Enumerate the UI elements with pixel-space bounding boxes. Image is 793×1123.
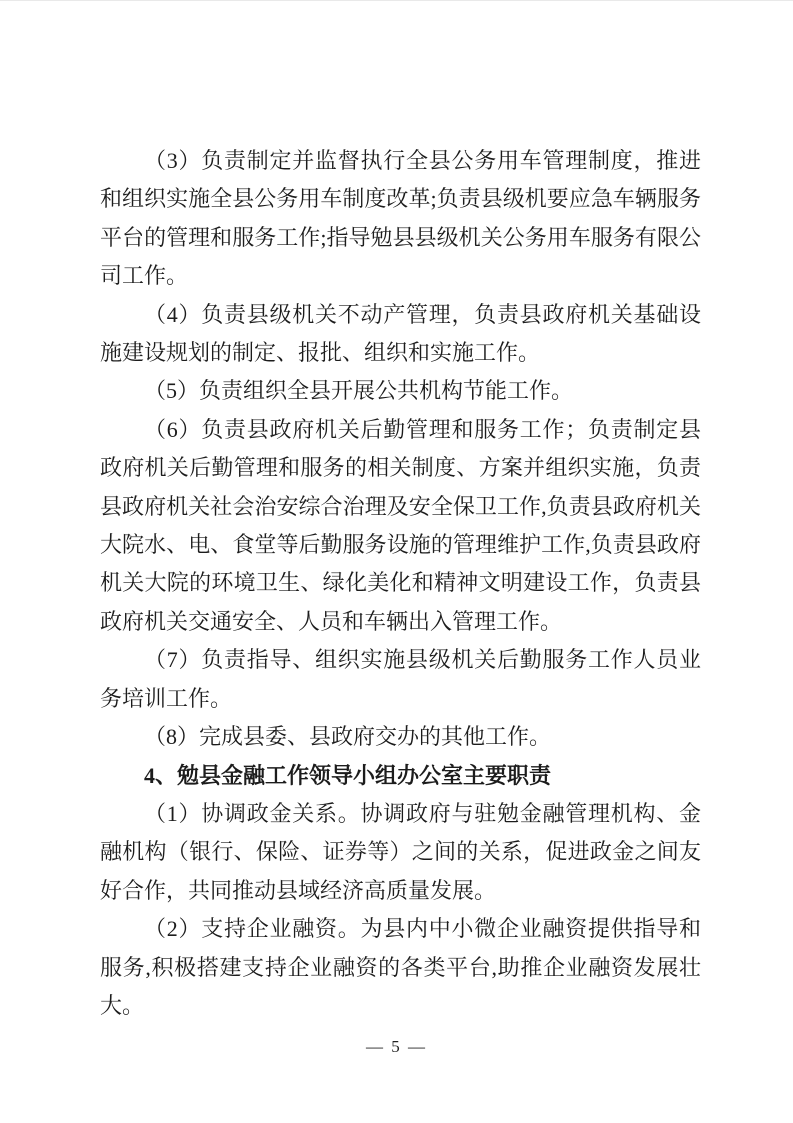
paragraph-finance-1: （1）协调政金关系。协调政府与驻勉金融管理机构、金融机构（银行、保险、证券等）之… [100,795,701,910]
paragraph-duty-7: （7）负责指导、组织实施县级机关后勤服务工作人员业务培训工作。 [100,641,701,718]
paragraph-duty-8: （8）完成县委、县政府交办的其他工作。 [100,718,701,756]
paragraph-finance-2: （2）支持企业融资。为县内中小微企业融资提供指导和服务,积极搭建支持企业融资的各… [100,910,701,1025]
document-body: （3）负责制定并监督执行全县公务用车管理制度，推进和组织实施全县公务用车制度改革… [100,142,701,1025]
paragraph-duty-6: （6）负责县政府机关后勤管理和服务工作；负责制定县政府机关后勤管理和服务的相关制… [100,411,701,641]
page-number: — 5 — [0,1037,793,1057]
document-page: （3）负责制定并监督执行全县公务用车管理制度，推进和组织实施全县公务用车制度改革… [0,0,793,1123]
paragraph-duty-5: （5）负责组织全县开展公共机构节能工作。 [100,372,701,410]
paragraph-duty-4: （4）负责县级机关不动产管理，负责县政府机关基础设施建设规划的制定、报批、组织和… [100,296,701,373]
section-heading-finance-office: 4、勉县金融工作领导小组办公室主要职责 [100,757,701,795]
paragraph-duty-3: （3）负责制定并监督执行全县公务用车管理制度，推进和组织实施全县公务用车制度改革… [100,142,701,296]
